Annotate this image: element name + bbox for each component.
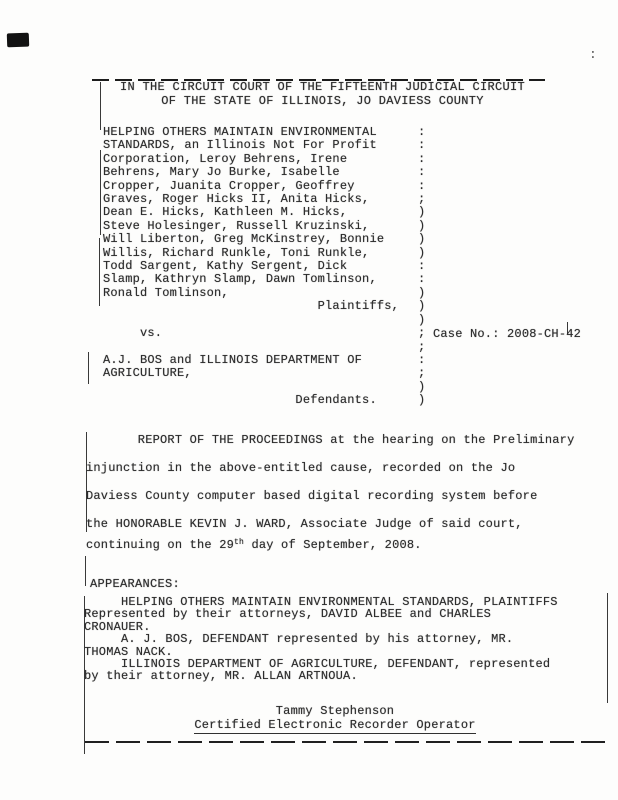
recorder-title: Certified Electronic Recorder Operator [194,718,475,734]
recorder-name: Tammy Stephenson [180,704,490,718]
court-header-line1: IN THE CIRCUIT COURT OF THE FIFTEENTH JU… [100,81,545,95]
court-header-line2: OF THE STATE OF ILLINOIS, JO DAVIESS COU… [100,95,545,109]
caption-left-rule-4 [88,352,89,384]
case-number: Case No.: 2008-CH-42 [433,327,581,341]
right-rule [607,593,608,703]
court-header: IN THE CIRCUIT COURT OF THE FIFTEENTH JU… [100,81,545,108]
caption-parties-text: HELPING OTHERS MAINTAIN ENVIRONMENTAL ST… [103,126,399,408]
scan-layer: : IN THE CIRCUIT COURT OF THE FIFTEENTH … [0,0,618,800]
scan-artifact-mark: : [589,47,597,62]
last-line-prefix: continuing on the 29 [86,538,234,552]
scanned-court-document-page: : IN THE CIRCUIT COURT OF THE FIFTEENTH … [0,0,618,800]
report-paragraph-last-line: continuing on the 29th day of September,… [86,538,422,552]
scan-artifact-blob [7,33,29,48]
recorder-signature-block: Tammy Stephenson Certified Electronic Re… [180,704,490,734]
caption-left-rule-3 [99,238,100,306]
appearances-text: HELPING OTHERS MAINTAIN ENVIRONMENTAL ST… [84,596,558,683]
caption-right-bracket-marks: : : : : : ; ) ) ) ) : : ) ) ) ; ; : ; ) … [418,126,425,408]
caption-left-rule-2 [100,150,101,235]
left-rule-5 [85,556,86,586]
last-line-suffix: day of September, 2008. [244,538,422,552]
report-paragraph: REPORT OF THE PROCEEDINGS at the hearing… [86,426,574,538]
appearances-heading: APPEARANCES: [90,577,180,591]
bottom-dashed-rule [85,741,608,743]
ordinal-superscript: th [234,538,244,547]
